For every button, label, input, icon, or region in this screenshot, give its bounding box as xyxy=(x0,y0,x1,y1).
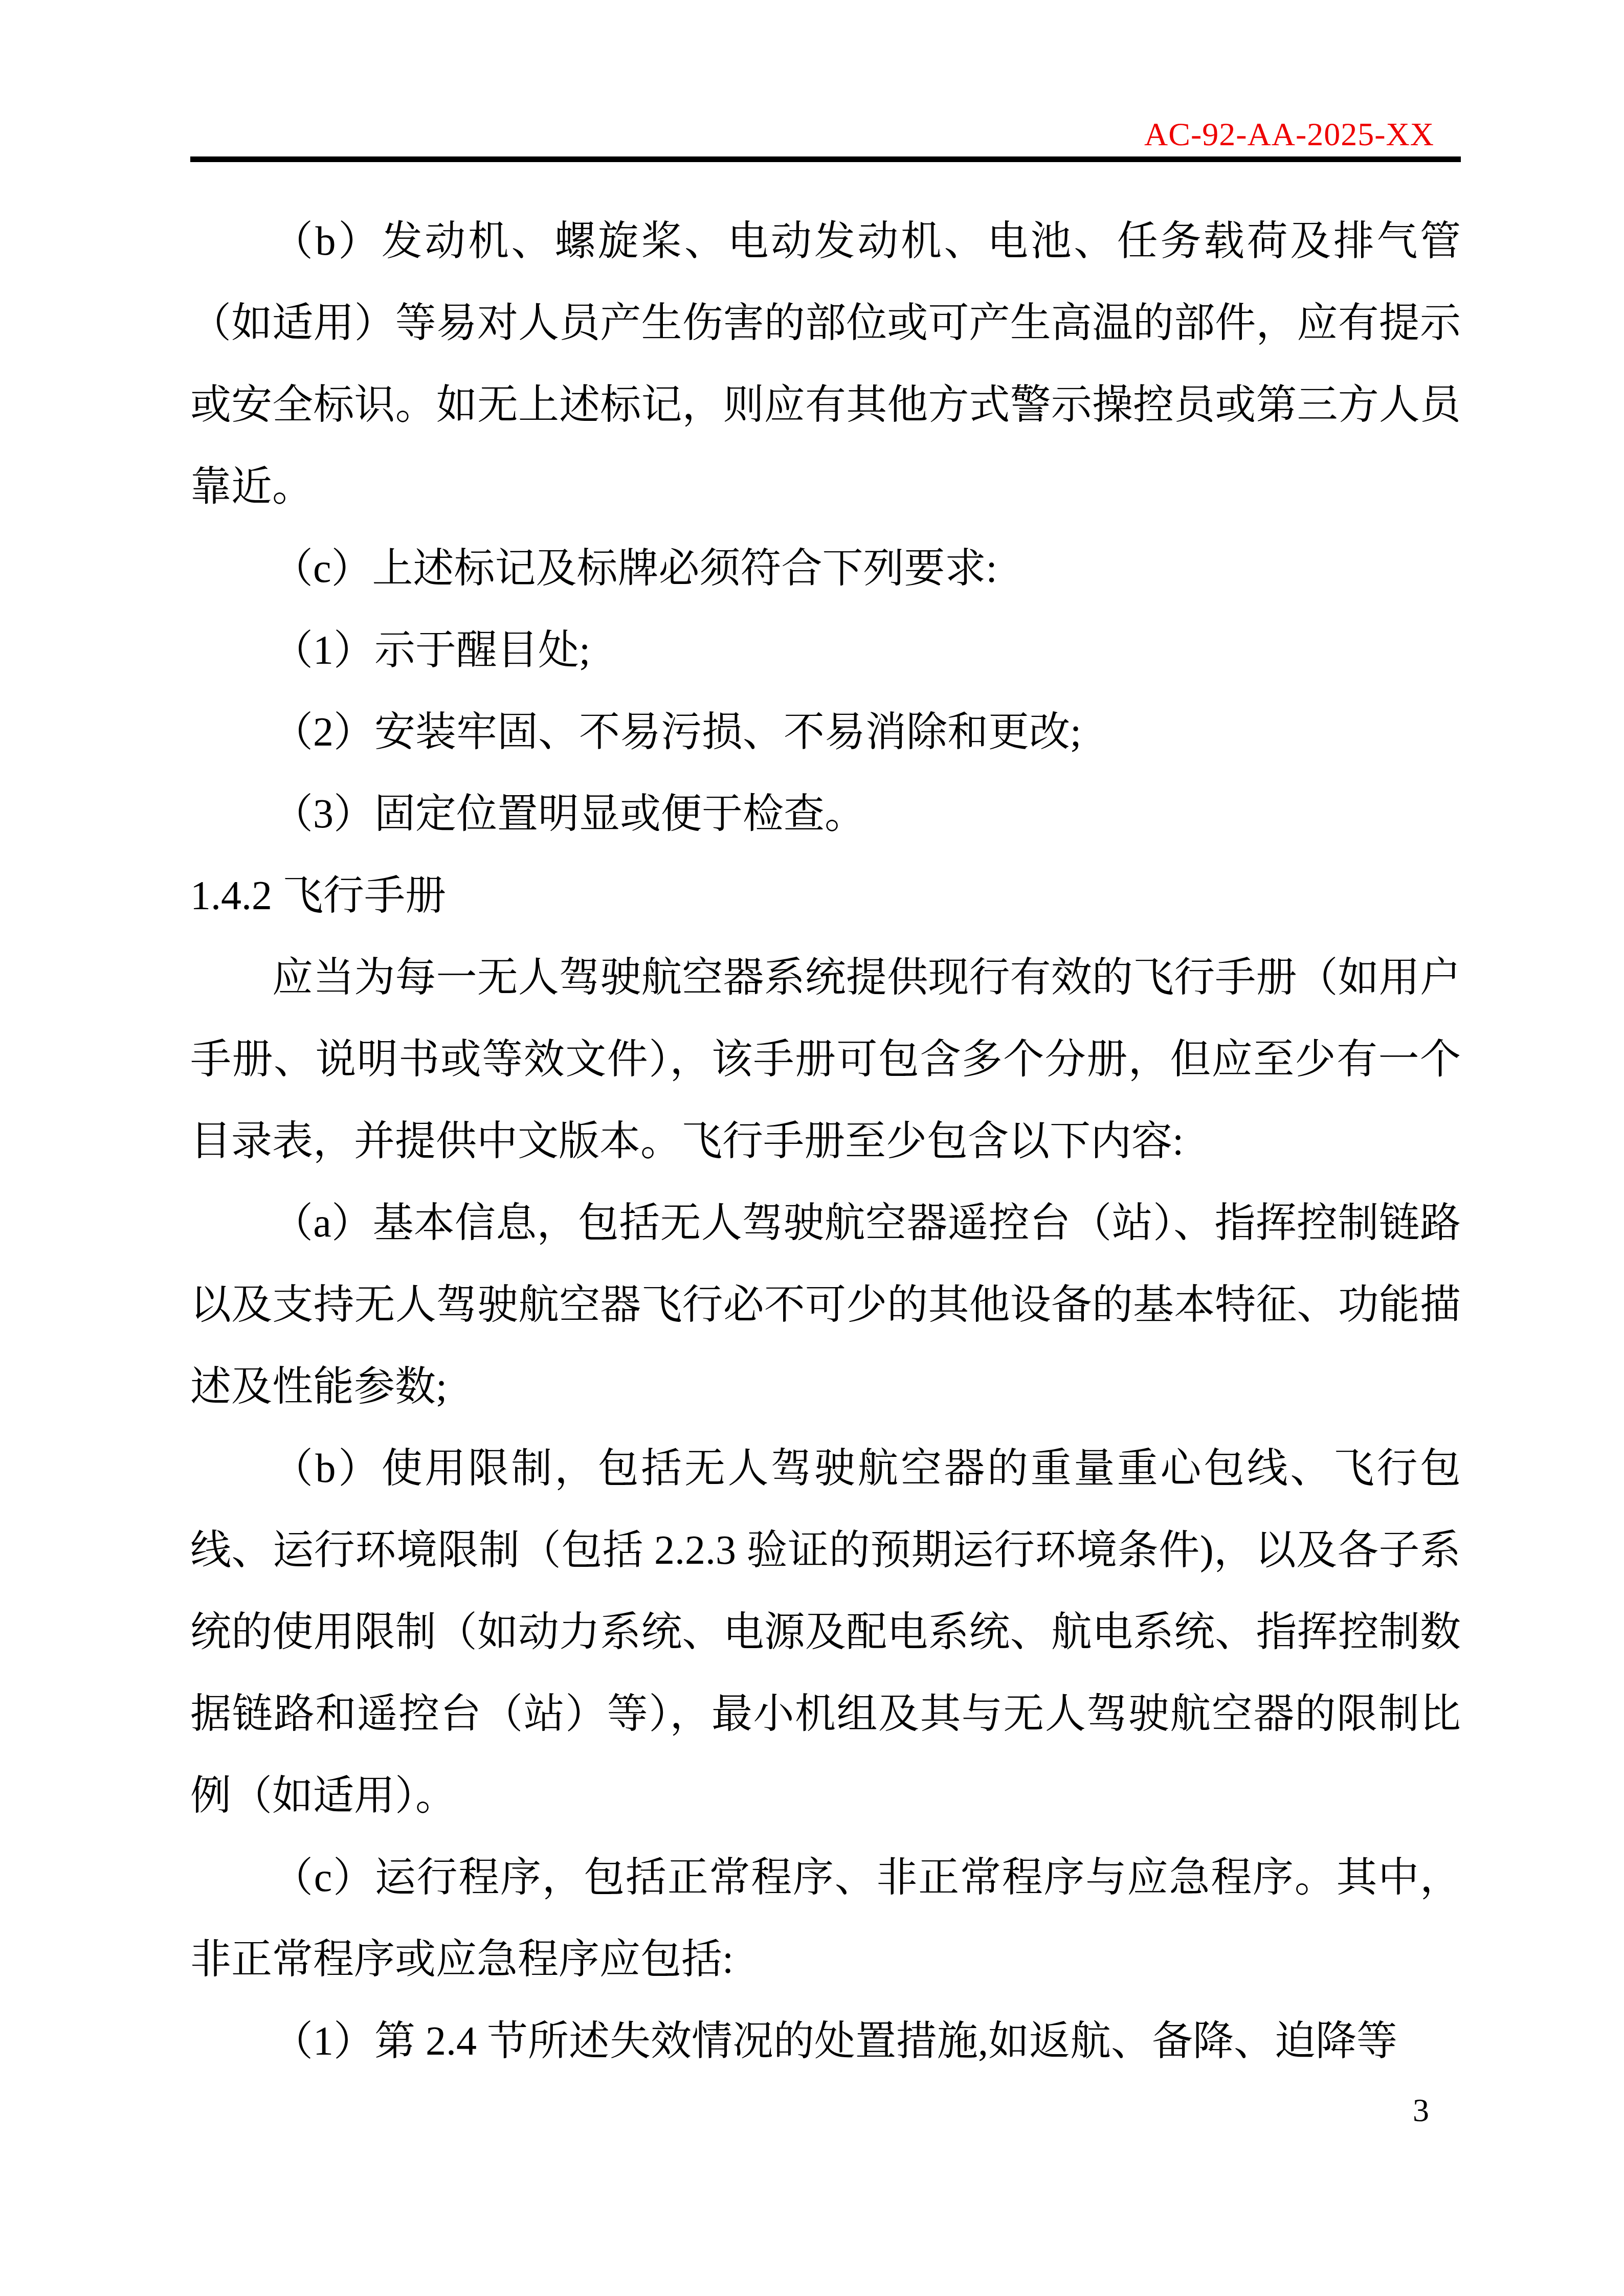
list-item: （3）固定位置明显或便于检查。 xyxy=(190,773,1461,855)
list-item: （1）第 2.4 节所述失效情况的处置措施,如返航、备降、迫降等 xyxy=(190,2000,1461,2082)
paragraph: （b）使用限制，包括无人驾驶航空器的重量重心包线、飞行包线、运行环境限制（包括 … xyxy=(190,1428,1461,1837)
doc-number: AC-92-AA-2025-XX xyxy=(190,117,1461,152)
section-heading: 1.4.2 飞行手册 xyxy=(190,855,1461,937)
header-rule xyxy=(190,156,1461,162)
paragraph: 应当为每一无人驾驶航空器系统提供现行有效的飞行手册（如用户手册、说明书或等效文件… xyxy=(190,937,1461,1182)
paragraph: （a）基本信息，包括无人驾驶航空器遥控台（站）、指挥控制链路以及支持无人驾驶航空… xyxy=(190,1182,1461,1428)
paragraph: （c）上述标记及标牌必须符合下列要求: xyxy=(190,528,1461,610)
paragraph: （b）发动机、螺旋桨、电动发动机、电池、任务载荷及排气管（如适用）等易对人员产生… xyxy=(190,200,1461,528)
document-body: （b）发动机、螺旋桨、电动发动机、电池、任务载荷及排气管（如适用）等易对人员产生… xyxy=(190,200,1461,2082)
document-page: AC-92-AA-2025-XX （b）发动机、螺旋桨、电动发动机、电池、任务载… xyxy=(0,0,1624,2296)
page-number: 3 xyxy=(190,2092,1461,2128)
list-item: （1）示于醒目处; xyxy=(190,610,1461,691)
list-item: （2）安装牢固、不易污损、不易消除和更改; xyxy=(190,691,1461,773)
paragraph: （c）运行程序，包括正常程序、非正常程序与应急程序。其中，非正常程序或应急程序应… xyxy=(190,1837,1461,2000)
